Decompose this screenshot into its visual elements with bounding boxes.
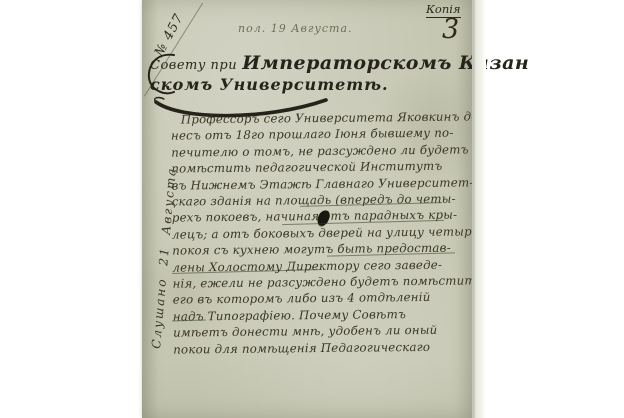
- manuscript-page: № 457 пол. 19 Августа. Копія 3 Совету пр…: [142, 0, 472, 418]
- heading-large-text: Императорскомъ Казан: [242, 52, 529, 74]
- address-heading: Совету при Императорскомъ Казан скомъ Ун…: [150, 52, 468, 94]
- manuscript-line: его въ которомъ либо изъ 4 отдѣленій: [173, 289, 473, 309]
- heading-line1: Совету при Императорскомъ Казан: [150, 52, 468, 74]
- manuscript-line: покои для помѣщенія Педагогическаго: [173, 338, 473, 358]
- page-edge: [472, 0, 486, 418]
- photo-canvas: № 457 пол. 19 Августа. Копія 3 Совету пр…: [0, 0, 624, 418]
- initial-letter-flourish: [144, 50, 178, 100]
- received-date-note: пол. 19 Августа.: [238, 22, 353, 35]
- heading-line2: скомъ Университетѣ.: [150, 75, 468, 94]
- page-number: 3: [442, 14, 459, 45]
- manuscript-body: Профессоръ сего Университета Яковкинъ до…: [171, 108, 474, 357]
